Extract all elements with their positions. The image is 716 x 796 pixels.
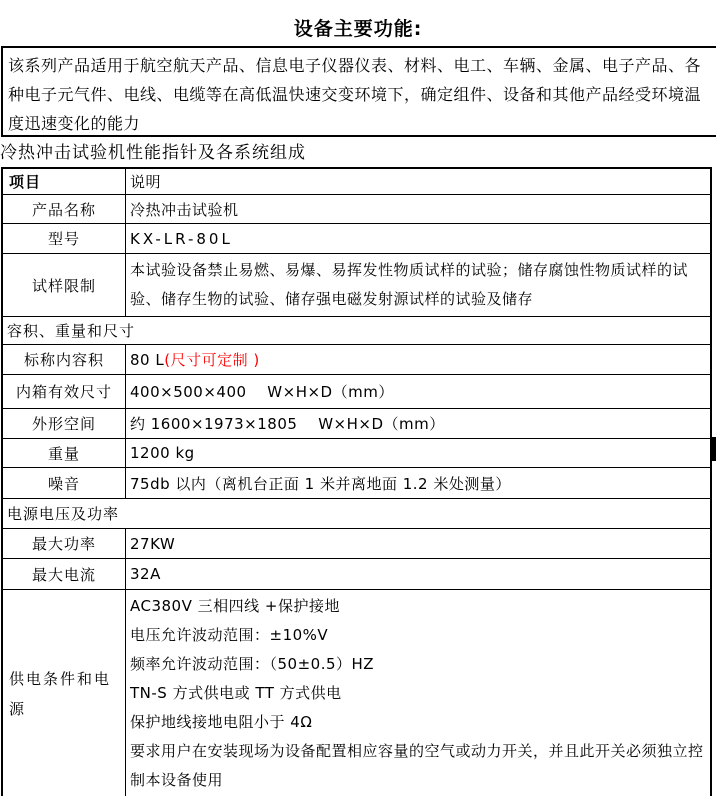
supply-line: 频率允许波动范围：（50±0.5）HZ [130,650,706,679]
row-product-name: 产品名称 冷热冲击试验机 [2,195,711,224]
row-label-cell: 型号 [2,224,126,254]
row-label-cell: 噪音 [2,468,126,499]
spec-table: 项目 说明 产品名称 冷热冲击试验机 型号 KX-LR-80L 试样限制 本试验… [1,167,712,796]
section-power-voltage: 电源电压及功率 [2,499,711,529]
row-value-cell: 32A [126,559,712,590]
row-value-cell: 400×500×400 W×H×D（mm） [126,375,712,409]
row-label-cell: 外形空间 [2,409,126,439]
row-nominal-volume: 标称内容积 80 L(尺寸可定制 ) [2,345,711,375]
table-header-row: 项目 说明 [2,168,711,195]
row-label-cell: 最大电流 [2,559,126,590]
supply-line: AC380V 三相四线 +保护接地 [130,592,706,621]
intro-paragraph: 该系列产品适用于航空航天产品、信息电子仪器仪表、材料、电工、车辆、金属、电子产品… [1,46,716,137]
supply-line: TN-S 方式供电或 TT 方式供电 [130,679,706,708]
row-noise: 噪音 75db 以内（离机台正面 1 米并离地面 1.2 米处测量） [2,468,711,499]
row-label-cell: 最大功率 [2,529,126,559]
row-value-cell: 冷热冲击试验机 [126,195,712,224]
row-label-cell: 内箱有效尺寸 [2,375,126,409]
row-model: 型号 KX-LR-80L [2,224,711,254]
volume-value: 80 L [130,351,164,369]
row-value-cell: 75db 以内（离机台正面 1 米并离地面 1.2 米处测量） [126,468,712,499]
section-row-cell: 容积、重量和尺寸 [2,317,711,345]
section-heading: 冷热冲击试验机性能指针及各系统组成 [0,138,306,163]
row-sample-restriction: 试样限制 本试验设备禁止易燃、易爆、易挥发性物质试样的试验；储存腐蚀性物质试样的… [2,254,711,317]
volume-custom-note: (尺寸可定制 ) [164,351,259,369]
row-value-cell: 1200 kg [126,439,712,468]
section-volume-weight-size: 容积、重量和尺寸 [2,317,711,345]
row-max-current: 最大电流 32A [2,559,711,590]
supply-line: 保护地线接地电阻小于 4Ω [130,708,706,737]
row-label-cell: 试样限制 [2,254,126,317]
row-weight: 重量 1200 kg [2,439,711,468]
row-value-cell: 本试验设备禁止易燃、易爆、易挥发性物质试样的试验；储存腐蚀性物质试样的试验、储存… [126,254,712,317]
row-label-cell: 供电条件和电源 [2,590,126,796]
supply-line: 要求用户在安装现场为设备配置相应容量的空气或动力开关，并且此开关必须独立控制本设… [130,737,706,795]
row-value-cell: KX-LR-80L [126,224,712,254]
header-item-cell: 项目 [2,168,126,195]
row-inner-dimensions: 内箱有效尺寸 400×500×400 W×H×D（mm） [2,375,711,409]
row-label-cell: 产品名称 [2,195,126,224]
row-power-supply: 供电条件和电源 AC380V 三相四线 +保护接地 电压允许波动范围：±10%V… [2,590,711,796]
supply-line: 电压允许波动范围：±10%V [130,621,706,650]
row-value-cell: 约 1600×1973×1805 W×H×D（mm） [126,409,712,439]
page-title: 设备主要功能: [0,14,716,41]
header-description-cell: 说明 [126,168,712,195]
row-outer-dimensions: 外形空间 约 1600×1973×1805 W×H×D（mm） [2,409,711,439]
row-label-cell: 标称内容积 [2,345,126,375]
row-max-power: 最大功率 27KW [2,529,711,559]
row-value-cell: AC380V 三相四线 +保护接地 电压允许波动范围：±10%V 频率允许波动范… [126,590,712,796]
section-row-cell: 电源电压及功率 [2,499,711,529]
row-value-cell: 27KW [126,529,712,559]
row-label-cell: 重量 [2,439,126,468]
row-value-cell: 80 L(尺寸可定制 ) [126,345,712,375]
scrollbar-thumb[interactable] [710,437,716,461]
